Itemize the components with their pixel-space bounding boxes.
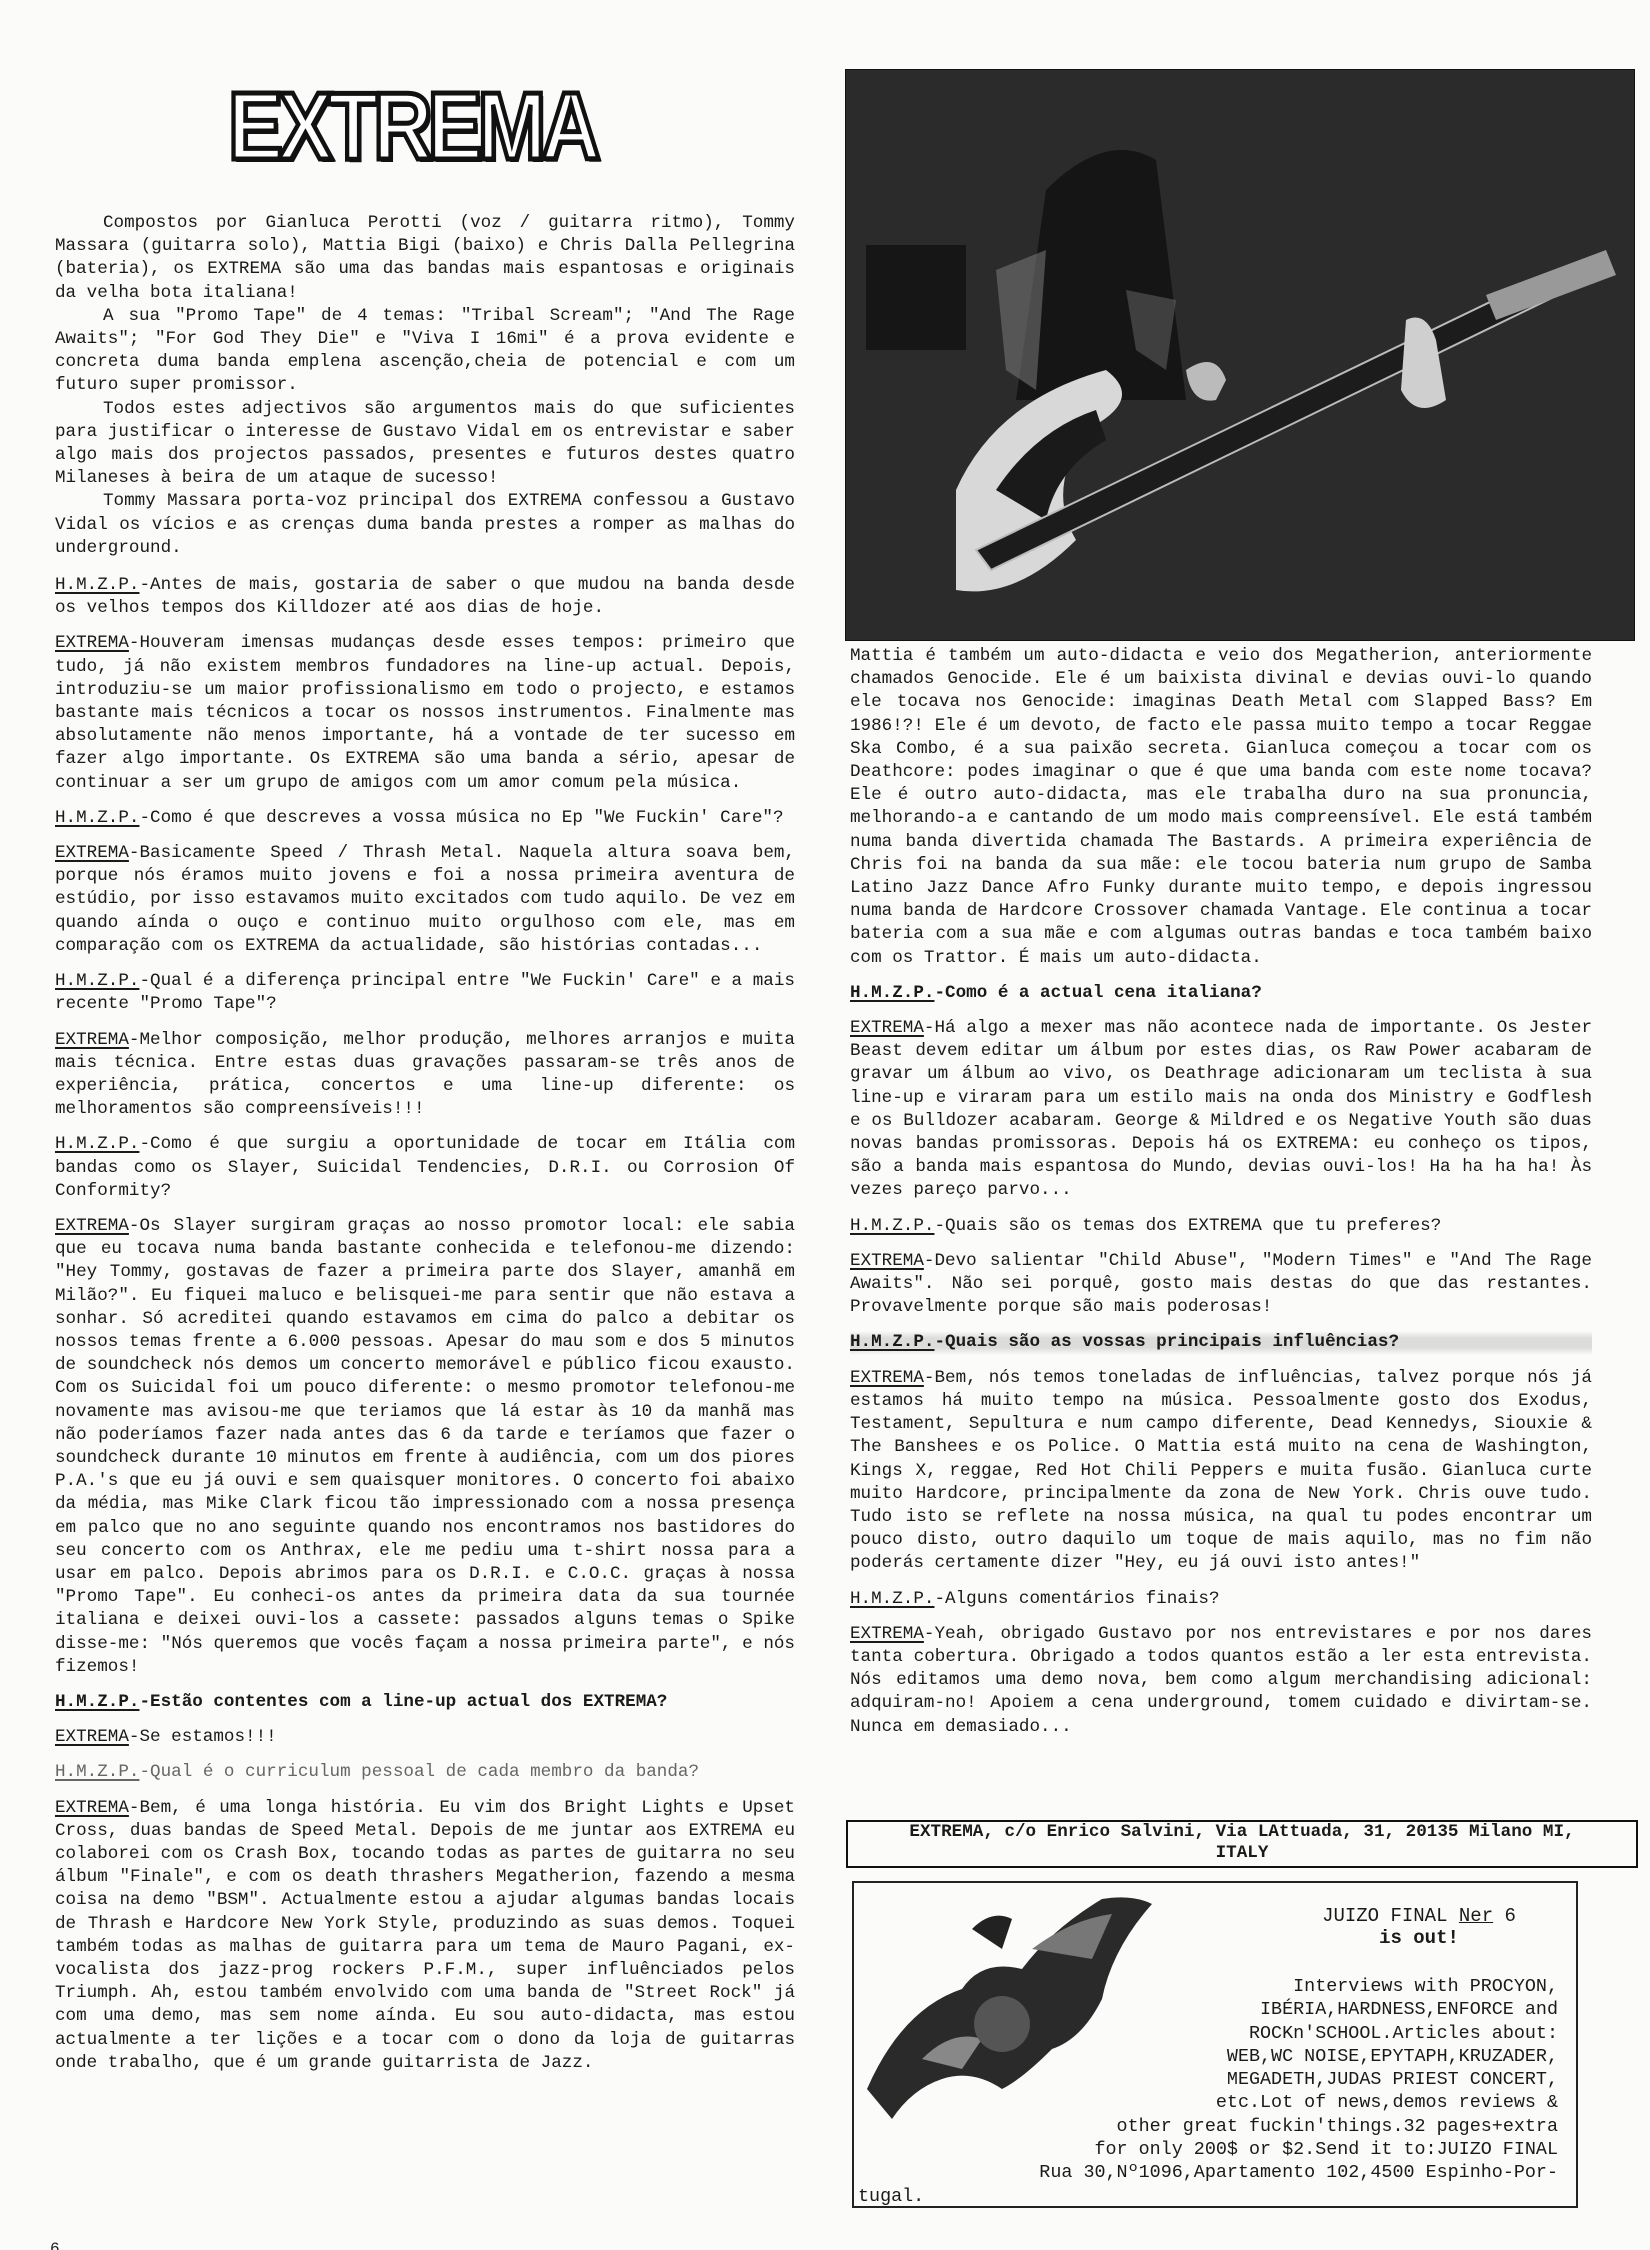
speaker-label: EXTREMA	[55, 633, 129, 653]
interview-answer: EXTREMA-Melhor composição, melhor produç…	[55, 1029, 795, 1122]
speaker-label: H.M.Z.P.	[55, 1134, 139, 1154]
interview-question: H.M.Z.P.-Estão contentes com a line-up a…	[55, 1691, 795, 1714]
contact-address-box: EXTREMA, c/o Enrico Salvini, Via LAttuad…	[846, 1820, 1638, 1868]
bassist-photo-icon	[846, 70, 1634, 640]
contact-address-line: EXTREMA, c/o Enrico Salvini, Via LAttuad…	[848, 1822, 1636, 1843]
intro-paragraph: Tommy Massara porta-voz principal dos EX…	[55, 490, 795, 560]
speaker-label: H.M.Z.P.	[55, 971, 139, 991]
speaker-label: H.M.Z.P.	[850, 1332, 934, 1352]
interview-question: H.M.Z.P.-Antes de mais, gostaria de sabe…	[55, 574, 795, 620]
interview-answer: EXTREMA-Basicamente Speed / Thrash Metal…	[55, 842, 795, 958]
interview-answer: EXTREMA-Há algo a mexer mas não acontece…	[850, 1017, 1592, 1203]
contact-country: ITALY	[848, 1843, 1636, 1864]
speaker-label: EXTREMA	[55, 1798, 129, 1818]
band-member-photo	[845, 69, 1635, 641]
intro-paragraph: Todos estes adjectivos são argumentos ma…	[55, 398, 795, 491]
interview-question: H.M.Z.P.-Alguns comentários finais?	[850, 1588, 1592, 1611]
interview-answer: EXTREMA-Devo salientar "Child Abuse", "M…	[850, 1250, 1592, 1320]
speaker-label: H.M.Z.P.	[850, 1216, 934, 1236]
page-number: 6	[50, 2240, 60, 2250]
speaker-label: H.M.Z.P.	[55, 1762, 139, 1782]
article-title: EXTREMA	[228, 82, 572, 172]
speaker-label: EXTREMA	[850, 1018, 924, 1038]
advert-body: Interviews with PROCYON, IBÉRIA,HARDNESS…	[858, 1975, 1558, 2208]
speaker-label: EXTREMA	[55, 1216, 129, 1236]
interview-question: H.M.Z.P.-Quais são os temas dos EXTREMA …	[850, 1215, 1592, 1238]
speaker-label: EXTREMA	[55, 1727, 129, 1747]
continuation-paragraph: Mattia é também um auto-didacta e veio d…	[850, 645, 1592, 970]
speaker-label: EXTREMA	[850, 1624, 924, 1644]
interview-answer: EXTREMA-Houveram imensas mudanças desde …	[55, 632, 795, 794]
interview-answer: EXTREMA-Se estamos!!!	[55, 1726, 795, 1749]
intro-paragraph: A sua "Promo Tape" de 4 temas: "Tribal S…	[55, 305, 795, 398]
speaker-label: EXTREMA	[55, 843, 129, 863]
juizo-final-advert: JUIZO FINAL Ner 6 is out! Interviews wit…	[852, 1881, 1578, 2208]
right-column: Mattia é também um auto-didacta e veio d…	[850, 645, 1592, 1751]
interview-question: H.M.Z.P.-Como é a actual cena italiana?	[850, 982, 1592, 1005]
interview-question: H.M.Z.P.-Como é que surgiu a oportunidad…	[55, 1133, 795, 1203]
interview-question: H.M.Z.P.-Qual é a diferença principal en…	[55, 970, 795, 1016]
speaker-label: H.M.Z.P.	[850, 1589, 934, 1609]
interview-answer: EXTREMA-Bem, é uma longa história. Eu vi…	[55, 1797, 795, 2075]
interview-answer: EXTREMA-Bem, nós temos toneladas de infl…	[850, 1367, 1592, 1576]
interview-question: H.M.Z.P.-Qual é o curriculum pessoal de …	[55, 1761, 795, 1784]
interview-answer: EXTREMA-Os Slayer surgiram graças ao nos…	[55, 1215, 795, 1679]
speaker-label: H.M.Z.P.	[55, 1692, 139, 1712]
speaker-label: H.M.Z.P.	[55, 808, 139, 828]
speaker-label: H.M.Z.P.	[850, 983, 934, 1003]
left-column: Compostos por Gianluca Perotti (voz / gu…	[55, 212, 795, 2087]
intro-paragraph: Compostos por Gianluca Perotti (voz / gu…	[55, 212, 795, 305]
speaker-label: EXTREMA	[55, 1030, 129, 1050]
speaker-label: EXTREMA	[850, 1251, 924, 1271]
interview-question: H.M.Z.P.-Quais são as vossas principais …	[850, 1331, 1592, 1354]
speaker-label: EXTREMA	[850, 1368, 924, 1388]
interview-question: H.M.Z.P.-Como é que descreves a vossa mú…	[55, 807, 795, 830]
advert-heading: JUIZO FINAL Ner 6 is out!	[1269, 1905, 1569, 1949]
interview-answer: EXTREMA-Yeah, obrigado Gustavo por nos e…	[850, 1623, 1592, 1739]
speaker-label: H.M.Z.P.	[55, 575, 139, 595]
